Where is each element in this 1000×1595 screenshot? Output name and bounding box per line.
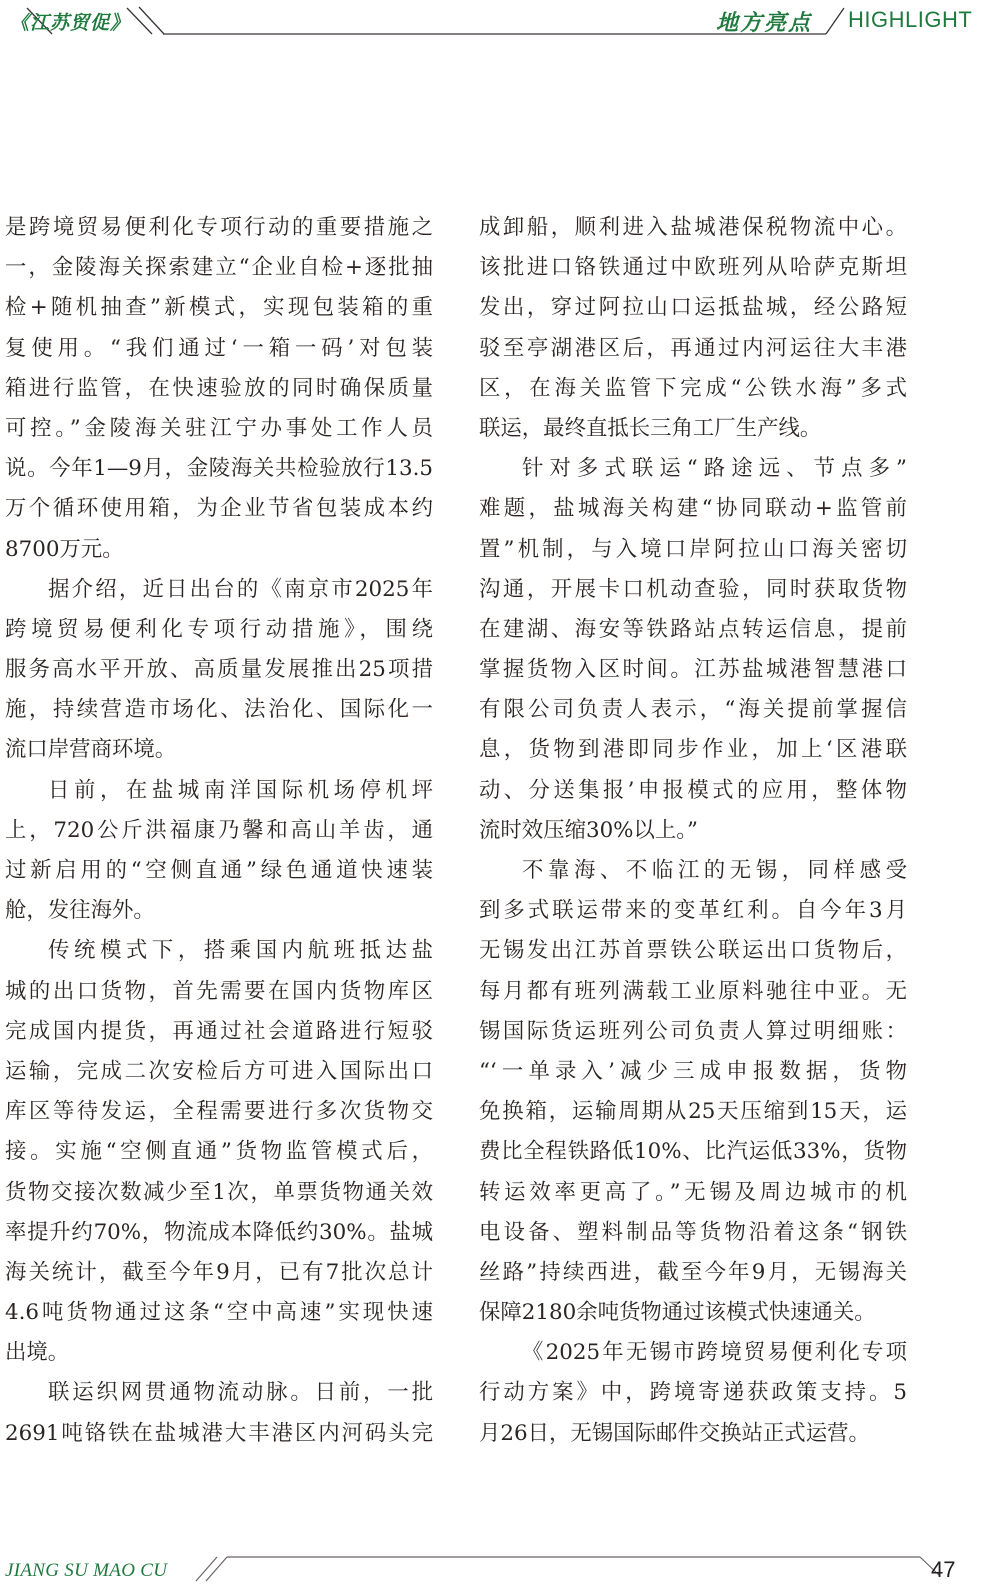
text-line: “‘一单录入’减少三成申报数据，货物 xyxy=(479,1052,907,1092)
text-line: 保障2180余吨货物通过该模式快速通关。 xyxy=(479,1293,907,1333)
text-line: 费比全程铁路低10%、比汽运低33%，货物 xyxy=(479,1132,907,1172)
text-line: 箱进行监管，在快速验放的同时确保质量 xyxy=(5,369,433,409)
text-line: 动、分送集报’申报模式的应用，整体物 xyxy=(479,771,907,811)
magazine-name: 《江苏贸促》 xyxy=(10,8,130,35)
text-line: 联运织网贯通物流动脉。日前，一批 xyxy=(5,1373,433,1413)
section-name: 地方亮点 xyxy=(716,6,812,37)
page-number: 47 xyxy=(931,1557,955,1583)
footer-magazine-name: JIANG SU MAO CU xyxy=(5,1560,167,1582)
text-line: 2691吨铬铁在盐城港大丰港区内河码头完 xyxy=(5,1414,433,1454)
text-line: 流口岸营商环境。 xyxy=(5,730,433,770)
text-line: 《2025年无锡市跨境贸易便利化专项 xyxy=(479,1333,907,1373)
text-line: 区，在海关监管下完成“公铁水海”多式 xyxy=(479,369,907,409)
text-line: 万个循环使用箱，为企业节省包装成本约 xyxy=(5,489,433,529)
text-line: 舱，发往海外。 xyxy=(5,891,433,931)
footer-rule-decoration xyxy=(0,1520,1000,1595)
text-line: 复使用。“我们通过‘一箱一码’对包装 xyxy=(5,329,433,369)
text-line: 据介绍，近日出台的《南京市2025年 xyxy=(5,570,433,610)
text-line: 上，720公斤洪福康乃馨和高山羊齿，通 xyxy=(5,811,433,851)
text-line: 不靠海、不临江的无锡，同样感受 xyxy=(479,851,907,891)
text-line: 说。今年1—9月，金陵海关共检验放行13.5 xyxy=(5,449,433,489)
text-line: 4.6吨货物通过这条“空中高速”实现快速 xyxy=(5,1293,433,1333)
text-line: 沟通，开展卡口机动查验，同时获取货物 xyxy=(479,570,907,610)
text-line: 发出，穿过阿拉山口运抵盐城，经公路短 xyxy=(479,288,907,328)
text-line: 传统模式下，搭乘国内航班抵达盐 xyxy=(5,931,433,971)
text-line: 城的出口货物，首先需要在国内货物库区 xyxy=(5,972,433,1012)
text-line: 8700万元。 xyxy=(5,530,433,570)
text-line: 出境。 xyxy=(5,1333,433,1373)
text-line: 联运，最终直抵长三角工厂生产线。 xyxy=(479,409,907,449)
text-line: 货物交接次数减少至1次，单票货物通关效 xyxy=(5,1173,433,1213)
text-line: 一，金陵海关探索建立“企业自检+逐批抽 xyxy=(5,248,433,288)
text-line: 库区等待发运，全程需要进行多次货物交 xyxy=(5,1092,433,1132)
text-line: 是跨境贸易便利化专项行动的重要措施之 xyxy=(5,208,433,248)
text-line: 行动方案》中，跨境寄递获政策支持。5 xyxy=(479,1373,907,1413)
page-header: 《江苏贸促》 地方亮点 HIGHLIGHT xyxy=(0,0,1000,50)
text-line: 过新启用的“空侧直通”绿色通道快速装 xyxy=(5,851,433,891)
text-line: 无锡发出江苏首票铁公联运出口货物后， xyxy=(479,931,907,971)
text-line: 成卸船，顺利进入盐城港保税物流中心。 xyxy=(479,208,907,248)
right-column: 成卸船，顺利进入盐城港保税物流中心。该批进口铬铁通过中欧班列从哈萨克斯坦发出，穿… xyxy=(479,208,907,1454)
text-line: 驳至亭湖港区后，再通过内河运往大丰港 xyxy=(479,329,907,369)
text-line: 跨境贸易便利化专项行动措施》，围绕 xyxy=(5,610,433,650)
left-column: 是跨境贸易便利化专项行动的重要措施之一，金陵海关探索建立“企业自检+逐批抽检+随… xyxy=(5,208,433,1454)
text-line: 每月都有班列满载工业原料驰往中亚。无 xyxy=(479,972,907,1012)
text-line: 接。实施“空侧直通”货物监管模式后， xyxy=(5,1132,433,1172)
text-line: 在建湖、海安等铁路站点转运信息，提前 xyxy=(479,610,907,650)
text-line: 检+随机抽查”新模式，实现包装箱的重 xyxy=(5,288,433,328)
text-line: 可控。”金陵海关驻江宁办事处工作人员 xyxy=(5,409,433,449)
text-line: 完成国内提货，再通过社会道路进行短驳 xyxy=(5,1012,433,1052)
text-line: 该批进口铬铁通过中欧班列从哈萨克斯坦 xyxy=(479,248,907,288)
text-line: 服务高水平开放、高质量发展推出25项措 xyxy=(5,650,433,690)
text-line: 有限公司负责人表示，“海关提前掌握信 xyxy=(479,690,907,730)
text-line: 到多式联运带来的变革红利。自今年3月 xyxy=(479,891,907,931)
text-line: 息，货物到港即同步作业，加上‘区港联 xyxy=(479,730,907,770)
text-line: 置”机制，与入境口岸阿拉山口海关密切 xyxy=(479,530,907,570)
text-line: 难题，盐城海关构建“协同联动+监管前 xyxy=(479,489,907,529)
text-line: 转运效率更高了。”无锡及周边城市的机 xyxy=(479,1173,907,1213)
section-label-en: HIGHLIGHT xyxy=(848,7,972,33)
text-line: 施，持续营造市场化、法治化、国际化一 xyxy=(5,690,433,730)
text-line: 流时效压缩30%以上。” xyxy=(479,811,907,851)
text-line: 掌握货物入区时间。江苏盐城港智慧港口 xyxy=(479,650,907,690)
text-line: 电设备、塑料制品等货物沿着这条“钢铁 xyxy=(479,1213,907,1253)
text-line: 月26日，无锡国际邮件交换站正式运营。 xyxy=(479,1414,907,1454)
text-line: 免换箱，运输周期从25天压缩到15天，运 xyxy=(479,1092,907,1132)
text-line: 运输，完成二次安检后方可进入国际出口 xyxy=(5,1052,433,1092)
text-line: 日前，在盐城南洋国际机场停机坪 xyxy=(5,771,433,811)
text-line: 针对多式联运“路途远、节点多” xyxy=(479,449,907,489)
text-line: 锡国际货运班列公司负责人算过明细账： xyxy=(479,1012,907,1052)
text-line: 率提升约70%，物流成本降低约30%。盐城 xyxy=(5,1213,433,1253)
text-line: 丝路”持续西进，截至今年9月，无锡海关 xyxy=(479,1253,907,1293)
text-line: 海关统计，截至今年9月，已有7批次总计 xyxy=(5,1253,433,1293)
